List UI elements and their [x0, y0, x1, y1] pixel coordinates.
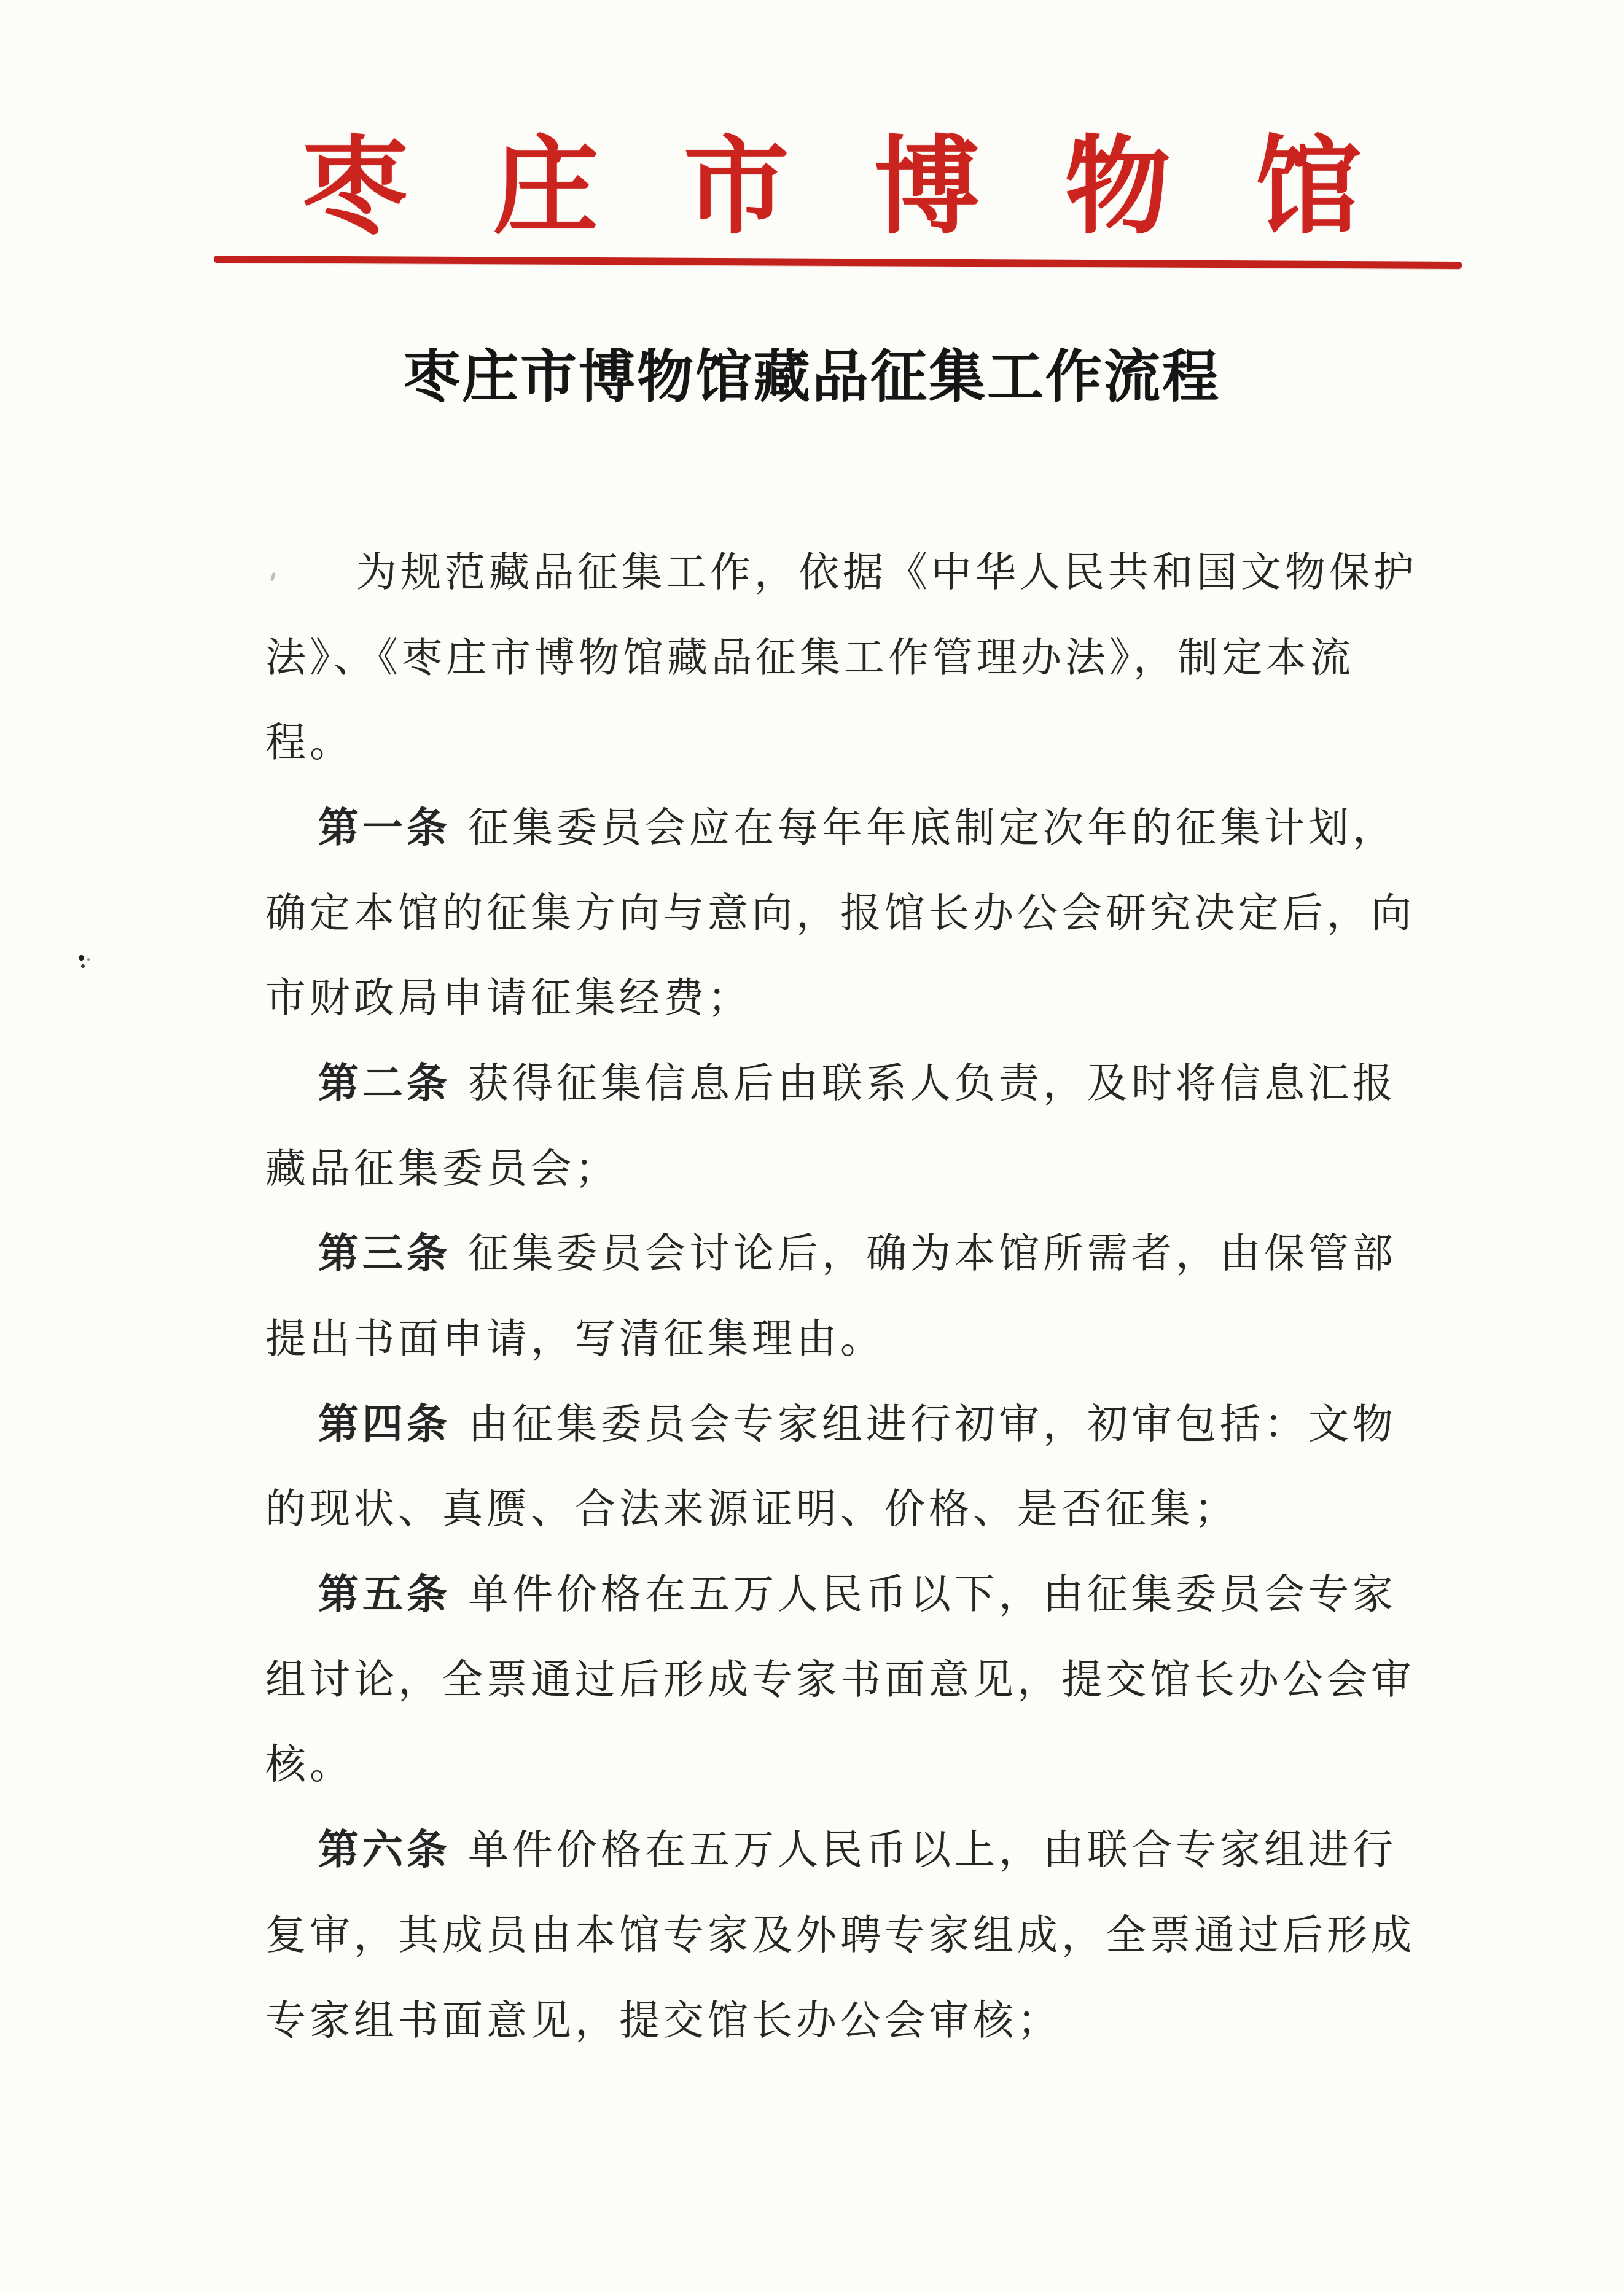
document-title: 枣庄市博物馆藏品征集工作流程: [0, 343, 1624, 412]
body-line: 为规范藏品征集工作，依据《中华人民共和国文物保护: [265, 526, 1543, 611]
letterhead-char: 枣: [302, 135, 408, 241]
body-line: 复审，其成员由本馆专家及外聘专家组成，全票通过后形成: [265, 1889, 1543, 1974]
letterhead-char: 博: [874, 135, 980, 241]
body-line: 的现状、真赝、合法来源证明、价格、是否征集；: [265, 1463, 1543, 1548]
ink-speck: [87, 958, 90, 961]
document-body: 为规范藏品征集工作，依据《中华人民共和国文物保护 法》、《枣庄市博物馆藏品征集工…: [265, 526, 1543, 2059]
body-line: 提出书面申请，写清征集理由。: [265, 1292, 1543, 1378]
body-line: 第四条由征集委员会专家组进行初审，初审包括：文物: [265, 1378, 1543, 1463]
letterhead-rule: [214, 256, 1462, 269]
body-line: 第二条获得征集信息后由联系人负责，及时将信息汇报: [265, 1037, 1543, 1122]
body-line: 第三条征集委员会讨论后，确为本馆所需者，由保管部: [265, 1207, 1543, 1293]
body-line: 组讨论，全票通过后形成专家书面意见，提交馆长办公会审: [265, 1633, 1543, 1719]
ink-speck: [79, 955, 84, 961]
scanned-document: { "letterhead": { "text": "枣庄市博物馆", "cha…: [0, 0, 1624, 2294]
body-line: 藏品征集委员会；: [265, 1122, 1543, 1207]
letterhead: 枣 庄 市 博 物 馆: [302, 135, 1361, 246]
body-line: 程。: [265, 696, 1543, 781]
letterhead-char: 物: [1065, 135, 1171, 241]
body-line: 专家组书面意见，提交馆长办公会审核；: [265, 1974, 1543, 2059]
body-line: 第五条单件价格在五万人民币以下，由征集委员会专家: [265, 1548, 1543, 1633]
ink-speck: [81, 964, 85, 968]
body-line: 市财政局申请征集经费；: [265, 951, 1543, 1037]
body-line: 法》、《枣庄市博物馆藏品征集工作管理办法》，制定本流: [265, 611, 1543, 696]
body-line: 第六条单件价格在五万人民币以上，由联合专家组进行: [265, 1803, 1543, 1889]
body-line: 核。: [265, 1719, 1543, 1804]
body-line: 确定本馆的征集方向与意向，报馆长办公会研究决定后，向: [265, 867, 1543, 952]
letterhead-char: 馆: [1255, 135, 1361, 241]
letterhead-char: 庄: [493, 135, 598, 241]
letterhead-char: 市: [684, 135, 789, 241]
body-line: 第一条征集委员会应在每年年底制定次年的征集计划，: [265, 781, 1543, 867]
